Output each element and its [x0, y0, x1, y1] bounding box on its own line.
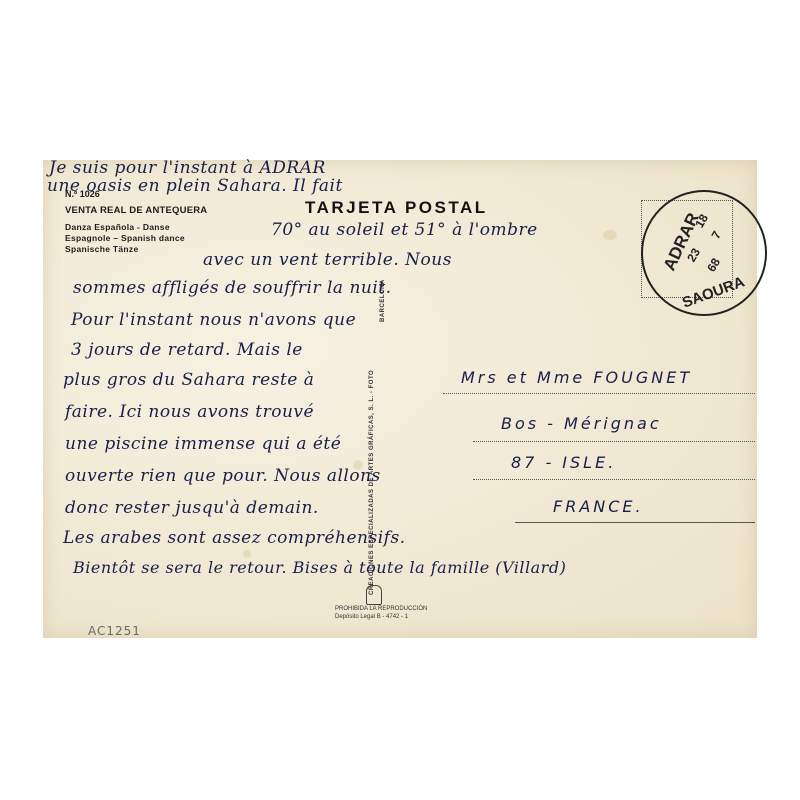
postmark-region: SAOURA [680, 273, 747, 311]
postcard-heading: TARJETA POSTAL [305, 198, 488, 218]
postmark: ADRAR SAOURA 18 7 23 68 [641, 190, 767, 316]
card-title: VENTA REAL DE ANTEQUERA [65, 205, 207, 216]
recipient-town: 87 - ISLE. [511, 453, 616, 472]
message-line: une oasis en plein Sahara. Il fait [47, 176, 343, 196]
message-line: avec un vent terrible. Nous [203, 250, 452, 270]
message-line: faire. Ici nous avons trouvé [65, 402, 314, 422]
address-rule [473, 479, 755, 480]
address-rule [515, 522, 755, 523]
message-line: une piscine immense qui a été [65, 434, 341, 454]
reproduction-notice: PROHIBIDA LA REPRODUCCIÓN [335, 606, 427, 612]
address-rule [443, 393, 755, 394]
message-line: Les arabes sont assez compréhensifs. [63, 528, 406, 548]
message-line: Pour l'instant nous n'avons que [71, 310, 356, 330]
printer-credit: CREACIONES ESPECIALIZADAS DE ARTES GRÁFI… [369, 335, 375, 595]
message-line: plus gros du Sahara reste à [63, 370, 314, 390]
recipient-country: FRANCE. [553, 497, 644, 516]
address-rule [473, 441, 755, 442]
pencil-note: AC1251 [88, 624, 141, 638]
legal-deposit: Depósito Legal B - 4742 - 1 [335, 614, 408, 620]
foxing-spot [603, 230, 617, 240]
recipient-street: Bos - Mérignac [501, 414, 662, 433]
postcard-back: N.º 1026 VENTA REAL DE ANTEQUERA Danza E… [43, 160, 757, 638]
recipient-name: Mrs et Mme FOUGNET [461, 368, 692, 387]
description-line: Espagnole – Spanish dance [65, 233, 235, 244]
postmark-date-year: 68 [704, 256, 723, 275]
message-line: Bientôt se sera le retour. Bises à toute… [73, 558, 566, 577]
message-line: 3 jours de retard. Mais le [71, 340, 303, 360]
message-line: sommes affligés de souffrir la nuit. [73, 278, 392, 298]
foxing-spot [243, 550, 251, 558]
message-line: ouverte rien que pour. Nous allons [65, 466, 381, 486]
message-line: 70° au soleil et 51° à l'ombre [271, 220, 538, 240]
publisher-logo-icon [366, 585, 382, 605]
message-line: donc rester jusqu'à demain. [65, 498, 319, 518]
description-line: Danza Española - Danse [65, 222, 235, 233]
postmark-date-month: 7 [709, 229, 724, 242]
message-line: Je suis pour l'instant à ADRAR [49, 158, 326, 178]
